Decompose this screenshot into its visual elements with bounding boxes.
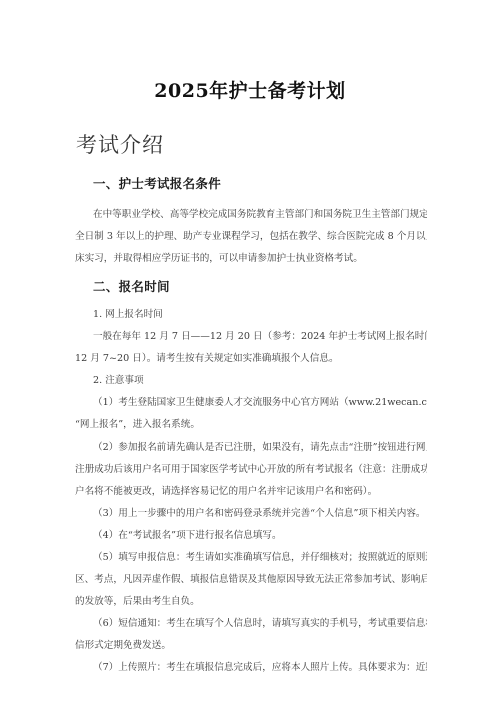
paragraph-line: 注册成功后该用户名可用于国家医学考试中心开放的所有考试报名（注意：注册成功后，用	[75, 463, 427, 477]
document-page: 2025年护士备考计划 考试介绍 一、护士考试报名条件 在中等职业学校、高等学校…	[0, 0, 500, 707]
list-item-heading: 1. 网上报名时间	[93, 308, 445, 322]
subsection-heading-eligibility: 一、护士考试报名条件	[93, 174, 221, 192]
paragraph-line: （2）参加报名前请先确认是否已注册，如果没有，请先点击“注册”按钮进行网上注册，	[93, 441, 427, 455]
paragraph-line: 一般在每年 12 月 7 日——12 月 20 日（参考：2024 年护士考试网…	[93, 330, 427, 344]
paragraph-line: 区、考点，凡因弄虚作假、填报信息错误及其他原因导致无法正常参加考试、影响后期证书	[75, 573, 427, 587]
paragraph-line: “网上报名”，进入报名系统。	[75, 418, 427, 432]
subsection-heading-registration-time: 二、报名时间	[93, 277, 170, 295]
document-title: 2025年护士备考计划	[0, 76, 500, 103]
paragraph-line: （7）上传照片：考生在填报信息完成后，应将本人照片上传。具体要求为：近期免冠	[93, 661, 427, 675]
paragraph-line: （3）用上一步骤中的用户名和密码登录系统并完善“个人信息”项下相关内容。	[93, 507, 427, 521]
paragraph-line: 户名将不能被更改，请选择容易记忆的用户名并牢记该用户名和密码）。	[75, 485, 427, 499]
paragraph-line: （5）填写申报信息：考生请如实准确填写信息，并仔细核对；按照就近的原则选择考	[93, 551, 427, 565]
paragraph-line: 12 月 7~20 日）。请考生按有关规定如实准确填报个人信息。	[75, 352, 427, 366]
list-item-heading: 2. 注意事项	[93, 374, 445, 388]
paragraph-line: 全日制 3 年以上的护理、助产专业课程学习，包括在教学、综合医院完成 8 个月以…	[75, 230, 427, 244]
paragraph-line: 的发放等，后果由考生自负。	[75, 595, 427, 609]
paragraph-line: 在中等职业学校、高等学校完成国务院教育主管部门和国务院卫生主管部门规定的普通	[93, 208, 427, 222]
paragraph-line: 信形式定期免费发送。	[75, 639, 427, 653]
section-heading-exam-intro: 考试介绍	[76, 129, 164, 159]
paragraph-line: 床实习，并取得相应学历证书的，可以申请参加护士执业资格考试。	[75, 252, 427, 266]
paragraph-line: （6）短信通知：考生在填写个人信息时，请填写真实的手机号，考试重要信息将以短	[93, 617, 427, 631]
paragraph-line: （1）考生登陆国家卫生健康委人才交流服务中心官方网站（www.21wecan.c…	[93, 396, 427, 410]
paragraph-line: （4）在“考试报名”项下进行报名信息填写。	[93, 529, 427, 543]
